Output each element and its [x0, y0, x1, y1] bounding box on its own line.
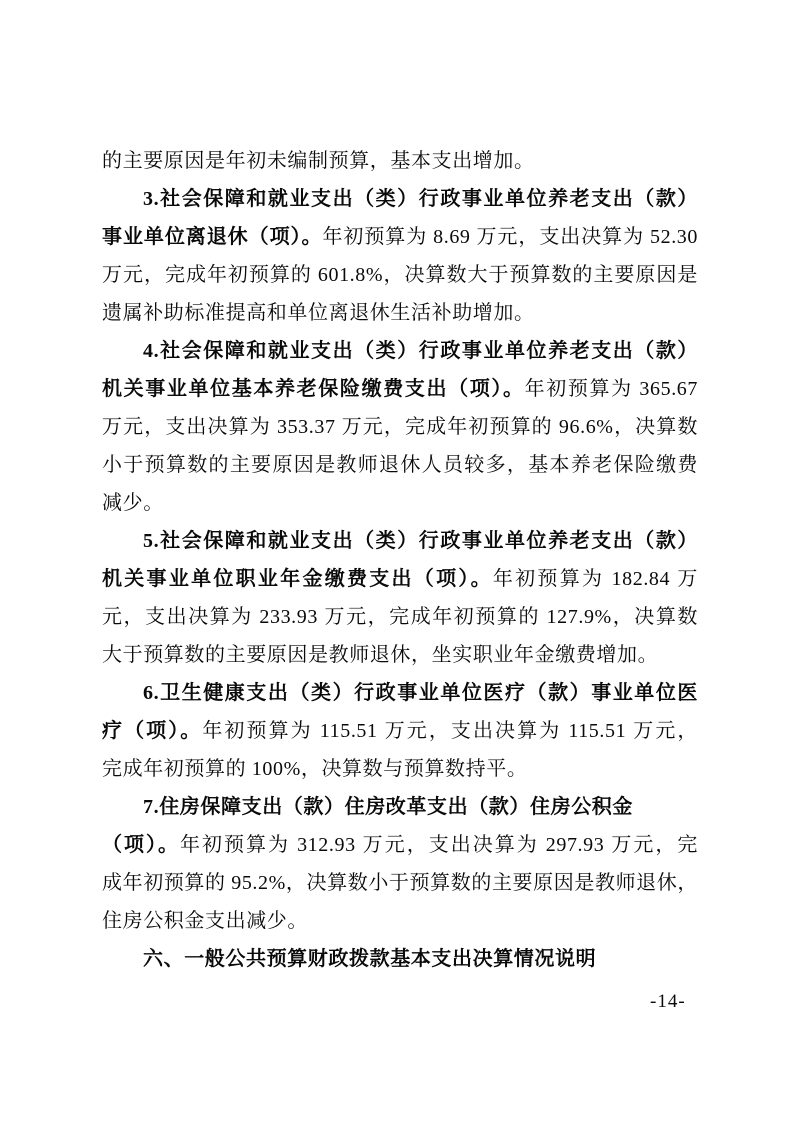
bold-text-segment: （项）。 — [102, 834, 180, 856]
bold-text-segment: 7.住房保障支出（款）住房改革支出（款）住房公积金 — [143, 796, 633, 818]
text-line: 大于预算数的主要原因是教师退休，坐实职业年金缴费增加。 — [102, 636, 698, 674]
bold-text-segment: 疗（项）。 — [102, 720, 202, 742]
text-line: 成年初预算的 95.2%，决算数小于预算数的主要原因是教师退休， — [102, 864, 698, 902]
text-line: 事业单位离退休（项）。年初预算为 8.69 万元，支出决算为 52.30 — [102, 218, 698, 256]
text-line: 万元，支出决算为 353.37 万元，完成年初预算的 96.6%，决算数 — [102, 408, 698, 446]
text-segment: 成年初预算的 95.2%，决算数小于预算数的主要原因是教师退休， — [102, 872, 698, 894]
text-segment: 万元，完成年初预算的 601.8%，决算数大于预算数的主要原因是 — [102, 264, 698, 286]
bold-text-segment: 6.卫生健康支出（类）行政事业单位医疗（款）事业单位医 — [143, 682, 698, 704]
text-line: 机关事业单位基本养老保险缴费支出（项）。年初预算为 365.67 — [102, 370, 698, 408]
text-segment: 的主要原因是年初未编制预算，基本支出增加。 — [102, 150, 535, 172]
text-segment: 元，支出决算为 233.93 万元，完成年初预算的 127.9%，决算数 — [102, 606, 698, 628]
paragraph-5-heading-line: 5.社会保障和就业支出（类）行政事业单位养老支出（款） — [102, 522, 698, 560]
text-segment: 年初预算为 312.93 万元，支出决算为 297.93 万元，完 — [180, 834, 698, 856]
text-segment: 年初预算为 182.84 万 — [493, 568, 698, 590]
bold-text-segment: 4.社会保障和就业支出（类）行政事业单位养老支出（款） — [143, 340, 698, 362]
text-segment: 完成年初预算的 100%，决算数与预算数持平。 — [102, 758, 527, 780]
paragraph-7-heading-line: 7.住房保障支出（款）住房改革支出（款）住房公积金 — [102, 788, 698, 826]
text-line: 机关事业单位职业年金缴费支出（项）。年初预算为 182.84 万 — [102, 560, 698, 598]
bold-text-segment: 机关事业单位职业年金缴费支出（项）。 — [102, 568, 493, 590]
text-line: 疗（项）。年初预算为 115.51 万元，支出决算为 115.51 万元， — [102, 712, 698, 750]
bold-text-segment: 机关事业单位基本养老保险缴费支出（项）。 — [102, 378, 525, 400]
paragraph-4-heading-line: 4.社会保障和就业支出（类）行政事业单位养老支出（款） — [102, 332, 698, 370]
document-body: 的主要原因是年初未编制预算，基本支出增加。3.社会保障和就业支出（类）行政事业单… — [102, 142, 698, 978]
paragraph-6-heading-line: 6.卫生健康支出（类）行政事业单位医疗（款）事业单位医 — [102, 674, 698, 712]
text-line: 万元，完成年初预算的 601.8%，决算数大于预算数的主要原因是 — [102, 256, 698, 294]
text-segment: 减少。 — [102, 492, 164, 514]
paragraph-3-heading-line: 3.社会保障和就业支出（类）行政事业单位养老支出（款） — [102, 180, 698, 218]
text-line: 元，支出决算为 233.93 万元，完成年初预算的 127.9%，决算数 — [102, 598, 698, 636]
bold-text-segment: 3.社会保障和就业支出（类）行政事业单位养老支出（款） — [143, 188, 698, 210]
text-line: 小于预算数的主要原因是教师退休人员较多，基本养老保险缴费 — [102, 446, 698, 484]
page-number: -14- — [650, 991, 686, 1013]
section-6-heading: 六、一般公共预算财政拨款基本支出决算情况说明 — [102, 940, 698, 978]
text-segment: 万元，支出决算为 353.37 万元，完成年初预算的 96.6%，决算数 — [102, 416, 698, 438]
text-line: 遗属补助标准提高和单位离退休生活补助增加。 — [102, 294, 698, 332]
text-segment: 年初预算为 8.69 万元，支出决算为 52.30 — [322, 226, 698, 248]
document-page: 的主要原因是年初未编制预算，基本支出增加。3.社会保障和就业支出（类）行政事业单… — [0, 0, 793, 1122]
text-segment: 年初预算为 115.51 万元，支出决算为 115.51 万元， — [202, 720, 698, 742]
text-segment: 小于预算数的主要原因是教师退休人员较多，基本养老保险缴费 — [102, 454, 698, 476]
text-line: 完成年初预算的 100%，决算数与预算数持平。 — [102, 750, 698, 788]
text-segment: 住房公积金支出减少。 — [102, 910, 308, 932]
text-line: 住房公积金支出减少。 — [102, 902, 698, 940]
bold-text-segment: 六、一般公共预算财政拨款基本支出决算情况说明 — [143, 948, 596, 970]
text-segment: 年初预算为 365.67 — [525, 378, 698, 400]
text-line: 的主要原因是年初未编制预算，基本支出增加。 — [102, 142, 698, 180]
bold-text-segment: 事业单位离退休（项）。 — [102, 226, 322, 248]
text-line: 减少。 — [102, 484, 698, 522]
text-segment: 大于预算数的主要原因是教师退休，坐实职业年金缴费增加。 — [102, 644, 658, 666]
text-segment: 遗属补助标准提高和单位离退休生活补助增加。 — [102, 302, 535, 324]
bold-text-segment: 5.社会保障和就业支出（类）行政事业单位养老支出（款） — [143, 530, 698, 552]
text-line: （项）。年初预算为 312.93 万元，支出决算为 297.93 万元，完 — [102, 826, 698, 864]
